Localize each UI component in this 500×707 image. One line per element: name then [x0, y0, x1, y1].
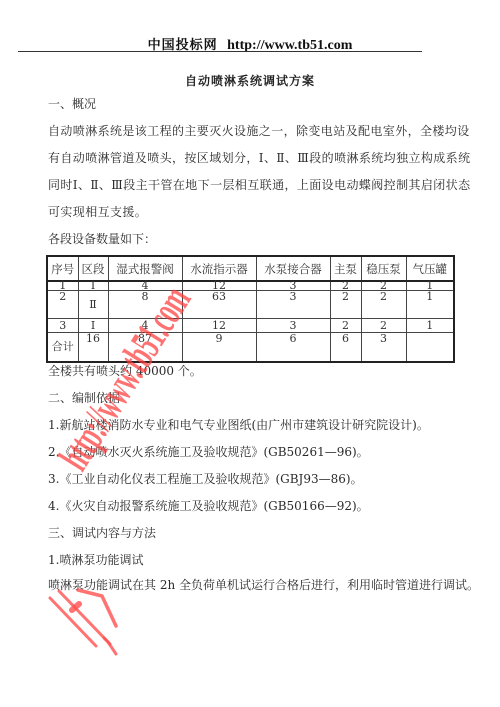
- cell: 1: [406, 319, 454, 333]
- cell: 3: [47, 319, 78, 333]
- section-heading-overview: 一、概况: [48, 97, 96, 111]
- cell: 6: [330, 333, 361, 363]
- basis-item-1: 1.新航站楼消防水专业和电气专业图纸(由广州市建筑设计研究院设计)。: [48, 418, 429, 432]
- table-row: 2 Ⅱ 8 63 3 2 2 1: [47, 291, 454, 319]
- col-header-index: 序号: [47, 256, 78, 281]
- overview-line-4: 可实现相互支援。: [48, 205, 147, 219]
- col-header-flow-indicator: 水流指示器: [182, 256, 256, 281]
- cell: 1: [406, 291, 454, 319]
- cell: 3: [256, 319, 330, 333]
- col-header-pressure-tank: 气压罐: [406, 256, 454, 281]
- basis-item-2: 2.《自动喷水灭火系统施工及验收规范》(GB50261—96)。: [48, 445, 369, 459]
- col-header-pump-adapter: 水泵接合器: [256, 256, 330, 281]
- cell: 63: [182, 291, 256, 319]
- sprinkler-total-text: 全楼共有喷头约 40000 个。: [48, 364, 202, 378]
- basis-item-3: 3.《工业自动化仪表工程施工及验收规范》(GBJ93—86)。: [48, 472, 363, 486]
- cell: 2: [361, 291, 406, 319]
- cell: 3: [256, 291, 330, 319]
- cell: 9: [182, 333, 256, 363]
- subheading-pump-test: 1.喷淋泵功能调试: [48, 553, 143, 567]
- col-header-stabilizer-pump: 稳压泵: [361, 256, 406, 281]
- cell: Ⅰ: [78, 281, 108, 291]
- cell: Ⅰ: [78, 319, 108, 333]
- cell: 2: [330, 291, 361, 319]
- table-row: 1 Ⅰ 4 12 3 2 2 1: [47, 281, 454, 291]
- col-header-wet-alarm-valve: 湿式报警阀: [108, 256, 182, 281]
- cell: [406, 333, 454, 363]
- cell: 2: [361, 319, 406, 333]
- cell: 8: [108, 291, 182, 319]
- section-heading-methods: 三、调试内容与方法: [48, 526, 156, 540]
- cell: 6: [256, 333, 330, 363]
- cell: 2: [330, 319, 361, 333]
- basis-item-4: 4.《火灾自动报警系统施工及验收规范》(GB50166—92)。: [48, 499, 369, 513]
- overview-line-1: 自动喷淋系统是该工程的主要灭火设施之一，除变电站及配电室外，全楼均设: [48, 124, 470, 138]
- overview-line-2: 有自动喷淋管道及喷头，按区域划分，Ⅰ、Ⅱ、Ⅲ段的喷淋系统均独立构成系统: [48, 151, 470, 165]
- cell: 87: [108, 333, 182, 363]
- table-intro: 各段设备数量如下：: [48, 232, 156, 246]
- table-row: 3 Ⅰ 4 12 3 2 2 1: [47, 319, 454, 333]
- watermark-logo-icon: [44, 588, 124, 658]
- cell: 3: [361, 333, 406, 363]
- document-title: 自动喷淋系统调试方案: [0, 72, 500, 89]
- overview-line-3: 同时Ⅰ、Ⅱ、Ⅲ段主干管在地下一层相互联通，上面设电动蝶阀控制其启闭状态: [48, 178, 470, 192]
- table-header-row: 序号 区段 湿式报警阀 水流指示器 水泵接合器 主泵 稳压泵 气压罐: [47, 256, 454, 281]
- pump-test-paragraph: 喷淋泵功能调试在其 2h 全负荷单机试运行合格后进行，利用临时管道进行调试。: [48, 578, 479, 592]
- section-heading-basis: 二、编制依据: [48, 391, 120, 405]
- cell: 16: [78, 333, 108, 363]
- cell: 4: [108, 319, 182, 333]
- cell: 12: [182, 319, 256, 333]
- cell: 合计: [47, 333, 78, 363]
- cell: 2: [47, 291, 78, 319]
- cell: Ⅱ: [78, 291, 108, 319]
- col-header-zone: 区段: [78, 256, 108, 281]
- equipment-table: 序号 区段 湿式报警阀 水流指示器 水泵接合器 主泵 稳压泵 气压罐 1 Ⅰ 4…: [46, 255, 455, 363]
- col-header-main-pump: 主泵: [330, 256, 361, 281]
- table-total-row: 合计 16 87 9 6 6 3: [47, 333, 454, 363]
- header-divider: [18, 51, 422, 52]
